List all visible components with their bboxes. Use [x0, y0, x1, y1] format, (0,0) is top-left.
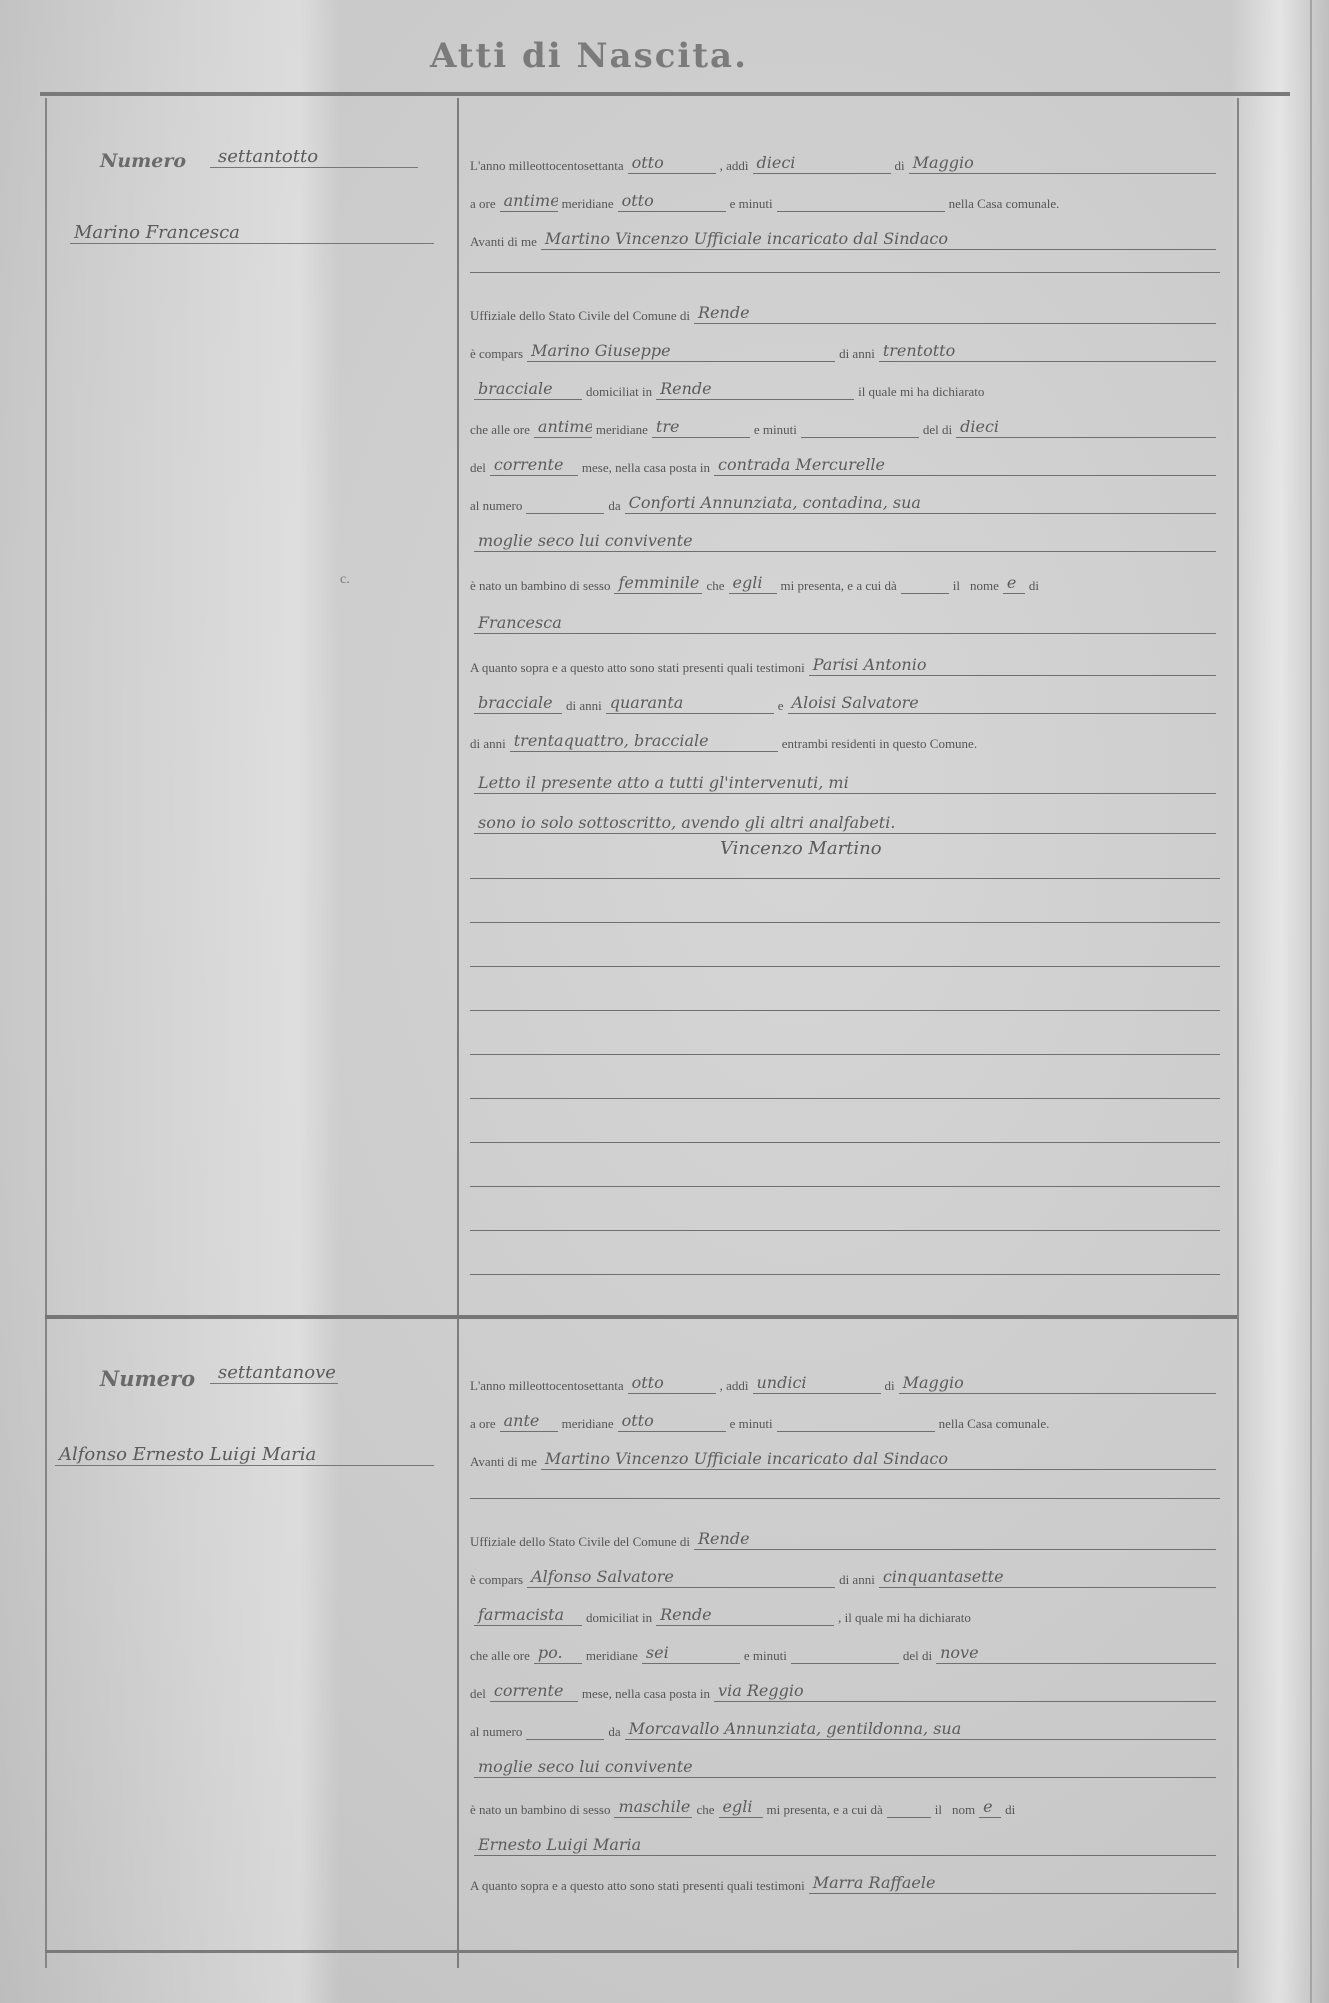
field-hour-period: antimeridiane: [500, 191, 558, 212]
field-day: dieci: [753, 153, 891, 174]
field-birth-house: contrada Mercurelle: [714, 455, 1216, 476]
blank-rule: [470, 1098, 1220, 1099]
blank-rule: [470, 1186, 1220, 1187]
line-date: L'anno milleottocentosettanta otto , add…: [470, 138, 1220, 174]
child-name-margin: Marino Francesca: [70, 222, 434, 244]
line-child-name: Ernesto Luigi Maria: [470, 1820, 1220, 1856]
field-da: [901, 573, 949, 594]
line-birth-place: del corrente mese, nella casa posta in c…: [470, 440, 1220, 476]
field-birth-house: via Reggio: [714, 1681, 1216, 1702]
line-declarant: è compars Alfonso Salvatore di anni cinq…: [470, 1552, 1220, 1588]
field-domicile: Rende: [656, 1605, 834, 1626]
field-declarant: Alfonso Salvatore: [527, 1567, 835, 1588]
field-comune: Rende: [694, 303, 1216, 324]
register-title: Atti di Nascita.: [430, 36, 748, 76]
field-note-1: Letto il presente atto a tutti gl'interv…: [474, 773, 1216, 794]
line-mother-cont: moglie seco lui convivente: [470, 516, 1220, 552]
line-birth-place: del corrente mese, nella casa posta in v…: [470, 1666, 1220, 1702]
field-month-ref: corrente: [490, 455, 578, 476]
field-birth-day: nove: [936, 1643, 1216, 1664]
line-domicile: farmacista domiciliat in Rende , il qual…: [470, 1590, 1220, 1626]
line-note-1: Letto il presente atto a tutti gl'interv…: [470, 758, 1220, 794]
line-witnesses: A quanto sopra e a questo atto sono stat…: [470, 640, 1220, 676]
field-birth-minutes: [801, 417, 919, 438]
field-child-name: Francesca: [474, 613, 1216, 634]
line-officer: Avanti di me Martino Vincenzo Ufficiale …: [470, 1434, 1220, 1470]
line-birth-time: che alle ore po. meridiane sei e minuti …: [470, 1628, 1220, 1664]
line-witness-ages: bracciale di anni quaranta e Aloisi Salv…: [470, 678, 1220, 714]
blank-rule: [470, 1274, 1220, 1275]
blank-rule: [470, 1010, 1220, 1011]
blank-rule: [470, 1054, 1220, 1055]
field-witness-1-age: quaranta: [606, 693, 774, 714]
line-comune: Uffiziale dello Stato Civile del Comune …: [470, 288, 1220, 324]
line-declarant: è compars Marino Giuseppe di anni trento…: [470, 326, 1220, 362]
field-officer: Martino Vincenzo Ufficiale incaricato da…: [541, 229, 1216, 250]
page-edge: [1310, 0, 1312, 2003]
line-time: a ore antimeridiane meridiane otto e min…: [470, 176, 1220, 212]
field-mother: Conforti Annunziata, contadina, sua: [625, 493, 1216, 514]
field-che: egli: [719, 1797, 763, 1818]
act-divider: [45, 1315, 1237, 1319]
field-mother-cont: moglie seco lui convivente: [474, 531, 1216, 552]
line-comune: Uffiziale dello Stato Civile del Comune …: [470, 1514, 1220, 1550]
field-year: otto: [628, 1373, 716, 1394]
field-witness-1: Parisi Antonio: [809, 655, 1216, 676]
field-mother-cont: moglie seco lui convivente: [474, 1757, 1216, 1778]
blank-rule: [470, 966, 1220, 967]
numero-label: Numero: [100, 150, 186, 172]
field-hour: otto: [618, 191, 726, 212]
blank-rule: [470, 1230, 1220, 1231]
line-domicile: bracciale domiciliat in Rende il quale m…: [470, 364, 1220, 400]
blank-rule: [470, 1498, 1220, 1499]
field-witness-1-profession: bracciale: [474, 693, 562, 714]
field-che: egli: [729, 573, 777, 594]
field-sex: maschile: [614, 1797, 692, 1818]
line-mother: al numero da Morcavallo Annunziata, gent…: [470, 1704, 1220, 1740]
line-witness-residence: di anni trentaquattro, bracciale entramb…: [470, 716, 1220, 752]
field-year: otto: [628, 153, 716, 174]
field-domicile: Rende: [656, 379, 854, 400]
officer-signature: Vincenzo Martino: [720, 838, 882, 859]
column-divider: [457, 98, 459, 1968]
field-month: Maggio: [909, 153, 1216, 174]
field-hour-period: ante: [500, 1411, 558, 1432]
line-mother: al numero da Conforti Annunziata, contad…: [470, 478, 1220, 514]
line-birth-time: che alle ore antimeridiane meridiane tre…: [470, 402, 1220, 438]
field-month-ref: corrente: [490, 1681, 578, 1702]
field-mother: Morcavallo Annunziata, gentildonna, sua: [625, 1719, 1216, 1740]
field-birth-hour: tre: [652, 417, 750, 438]
field-e: e: [979, 1797, 1001, 1818]
frame-bottom-rule: [45, 1950, 1237, 1953]
numero-label: Numero: [100, 1366, 195, 1391]
field-minutes: [777, 191, 945, 212]
field-witness-2: Aloisi Salvatore: [788, 693, 1216, 714]
field-declarant: Marino Giuseppe: [527, 341, 835, 362]
margin-mark: c.: [340, 572, 350, 588]
field-child-name: Ernesto Luigi Maria: [474, 1835, 1216, 1856]
field-minutes: [777, 1411, 935, 1432]
field-day: undici: [753, 1373, 881, 1394]
field-birth-minutes: [791, 1643, 899, 1664]
field-birth-period: po.: [534, 1643, 582, 1664]
blank-rule: [470, 1142, 1220, 1143]
field-profession: farmacista: [474, 1605, 582, 1626]
blank-rule: [470, 272, 1220, 273]
field-witness-2-age: trentaquattro, bracciale: [510, 731, 778, 752]
field-month: Maggio: [899, 1373, 1216, 1394]
field-house-number: [526, 493, 604, 514]
line-child-name: Francesca: [470, 598, 1220, 634]
blank-rule: [470, 878, 1220, 879]
frame-top-rule: [40, 92, 1290, 96]
field-hour: otto: [618, 1411, 726, 1432]
field-officer: Martino Vincenzo Ufficiale incaricato da…: [541, 1449, 1216, 1470]
field-birth-day: dieci: [956, 417, 1216, 438]
line-sex: è nato un bambino di sesso femminile che…: [470, 558, 1220, 594]
field-sex: femminile: [614, 573, 702, 594]
act-number: settantanove: [210, 1362, 338, 1384]
field-profession: bracciale: [474, 379, 582, 400]
field-witness-1: Marra Raffaele: [809, 1873, 1216, 1894]
field-house-number: [526, 1719, 604, 1740]
line-officer: Avanti di me Martino Vincenzo Ufficiale …: [470, 214, 1220, 250]
field-declarant-age: trentotto: [879, 341, 1216, 362]
line-date: L'anno milleottocentosettanta otto , add…: [470, 1358, 1220, 1394]
field-comune: Rende: [694, 1529, 1216, 1550]
child-name-margin: Alfonso Ernesto Luigi Maria: [55, 1444, 434, 1466]
line-time: a ore ante meridiane otto e minuti nella…: [470, 1396, 1220, 1432]
field-note-2: sono io solo sottoscritto, avendo gli al…: [474, 813, 1216, 834]
field-da: [887, 1797, 931, 1818]
blank-rule: [470, 922, 1220, 923]
act-number: settantotto: [210, 146, 418, 168]
field-birth-hour: sei: [642, 1643, 740, 1664]
line-sex: è nato un bambino di sesso maschile che …: [470, 1782, 1220, 1818]
line-note-2: sono io solo sottoscritto, avendo gli al…: [470, 798, 1220, 834]
line-mother-cont: moglie seco lui convivente: [470, 1742, 1220, 1778]
field-e: e: [1003, 573, 1025, 594]
line-witnesses: A quanto sopra e a questo atto sono stat…: [470, 1858, 1220, 1894]
field-birth-period: antimeridiane: [534, 417, 592, 438]
field-declarant-age: cinquantasette: [879, 1567, 1216, 1588]
